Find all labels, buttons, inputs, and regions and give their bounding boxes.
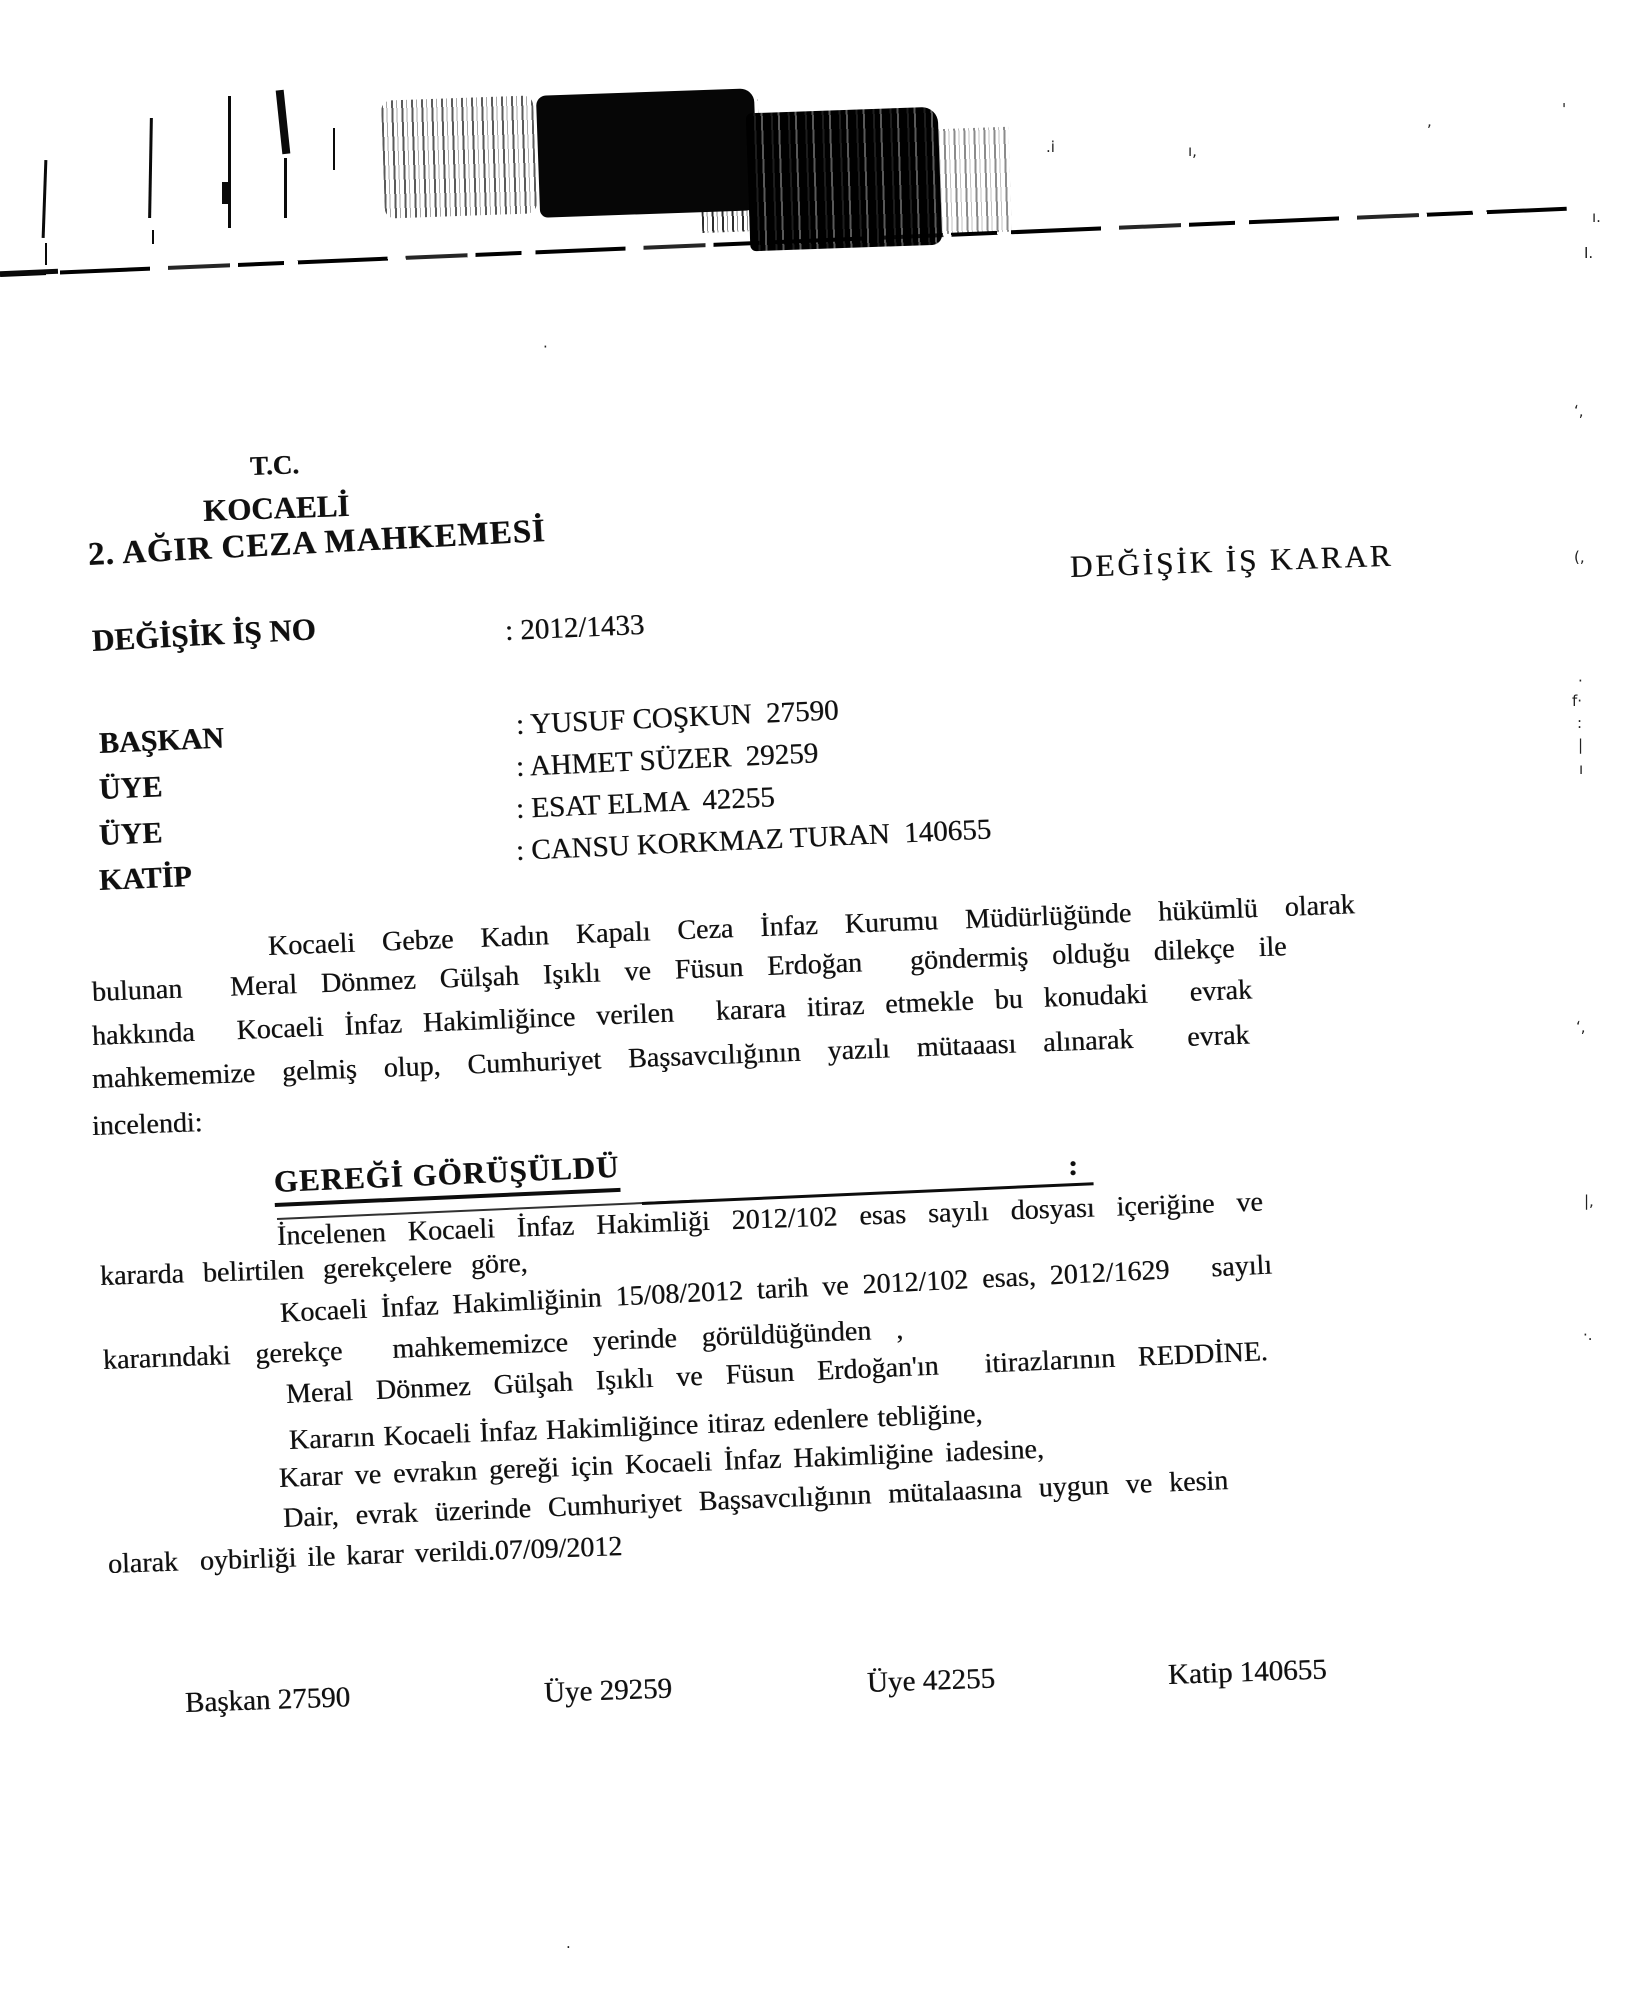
- ruling-line: olarak oybirliği ile karar verildi.07/09…: [107, 1532, 622, 1580]
- scan-speck: ': [1562, 100, 1566, 118]
- panel-row-value: : CANSU KORKMAZ TURAN 140655: [515, 814, 992, 867]
- scan-speck: ,: [1427, 112, 1432, 130]
- scan-speck: [333, 128, 335, 170]
- scan-speck: :: [1577, 714, 1582, 732]
- scan-speck: ·.: [1583, 1326, 1593, 1344]
- scan-speck: .: [566, 1934, 571, 1952]
- scan-streaks: [381, 95, 537, 218]
- scan-speck: [228, 96, 231, 228]
- case-no-label: DEĞİŞİK İŞ NO: [91, 612, 316, 657]
- document-type-label: DEĞİŞİK İŞ KARAR: [1069, 539, 1394, 584]
- panel-row-value: : AHMET SÜZER 29259: [515, 738, 818, 783]
- scan-ink-blob: [746, 107, 943, 252]
- header-tc: T.C.: [249, 450, 299, 481]
- scan-speck: ·: [1578, 672, 1583, 690]
- scan-speck: [42, 160, 48, 238]
- scan-speck: f·: [1572, 692, 1582, 710]
- panel-row-value: : YUSUF COŞKUN 27590: [515, 695, 839, 741]
- scan-streaks: [933, 127, 1012, 235]
- scan-speck: [152, 230, 154, 244]
- scan-speck: [45, 243, 47, 265]
- scan-speck: ı.: [1592, 208, 1601, 226]
- scan-speck: |,: [1584, 1192, 1594, 1210]
- panel-row-label: BAŞKAN: [98, 723, 224, 761]
- scan-speck: ı,: [1188, 142, 1197, 160]
- panel-row-label: ÜYE: [98, 817, 163, 852]
- scan-speck: [148, 118, 153, 218]
- scan-speck: .i: [1046, 138, 1055, 156]
- panel-row-label: ÜYE: [98, 771, 163, 806]
- scan-speck: [222, 182, 231, 204]
- ruling-heading-colon: :: [1068, 1150, 1078, 1182]
- header-city: KOCAELİ: [202, 489, 350, 528]
- scan-ink-blob: [536, 88, 758, 218]
- signature-uye-2: Üye 42255: [866, 1664, 995, 1700]
- scan-speck: ʻ,: [1574, 402, 1584, 420]
- scan-speck: ʻ,: [1576, 1018, 1586, 1036]
- panel-row-label: KATİP: [98, 861, 192, 897]
- scan-speck: ·: [543, 338, 548, 356]
- signature-uye-1: Üye 29259: [543, 1674, 672, 1710]
- scan-speck: (,: [1574, 548, 1585, 566]
- intro-line: incelendi:: [91, 1108, 202, 1142]
- scan-speck: [284, 158, 287, 218]
- scan-speck: ı: [1579, 760, 1583, 778]
- scan-speck: |: [1578, 736, 1583, 754]
- scan-speck: [276, 90, 291, 154]
- case-no-value: : 2012/1433: [504, 610, 645, 647]
- signature-baskan: Başkan 27590: [184, 1682, 350, 1719]
- signature-katip: Katip 140655: [1167, 1654, 1327, 1691]
- scanned-court-document: ' , .i ı, ı. I. ʻ, (, · f· : | ı ʻ, |, ·…: [0, 0, 1625, 2001]
- panel-row-value: : ESAT ELMA 42255: [515, 782, 775, 825]
- scan-speck: I.: [1584, 244, 1593, 262]
- ruling-heading: GEREĞİ GÖRÜŞÜLDÜ: [273, 1150, 620, 1208]
- ruling-line: kararda belirtilen gerekçelere göre,: [100, 1249, 529, 1293]
